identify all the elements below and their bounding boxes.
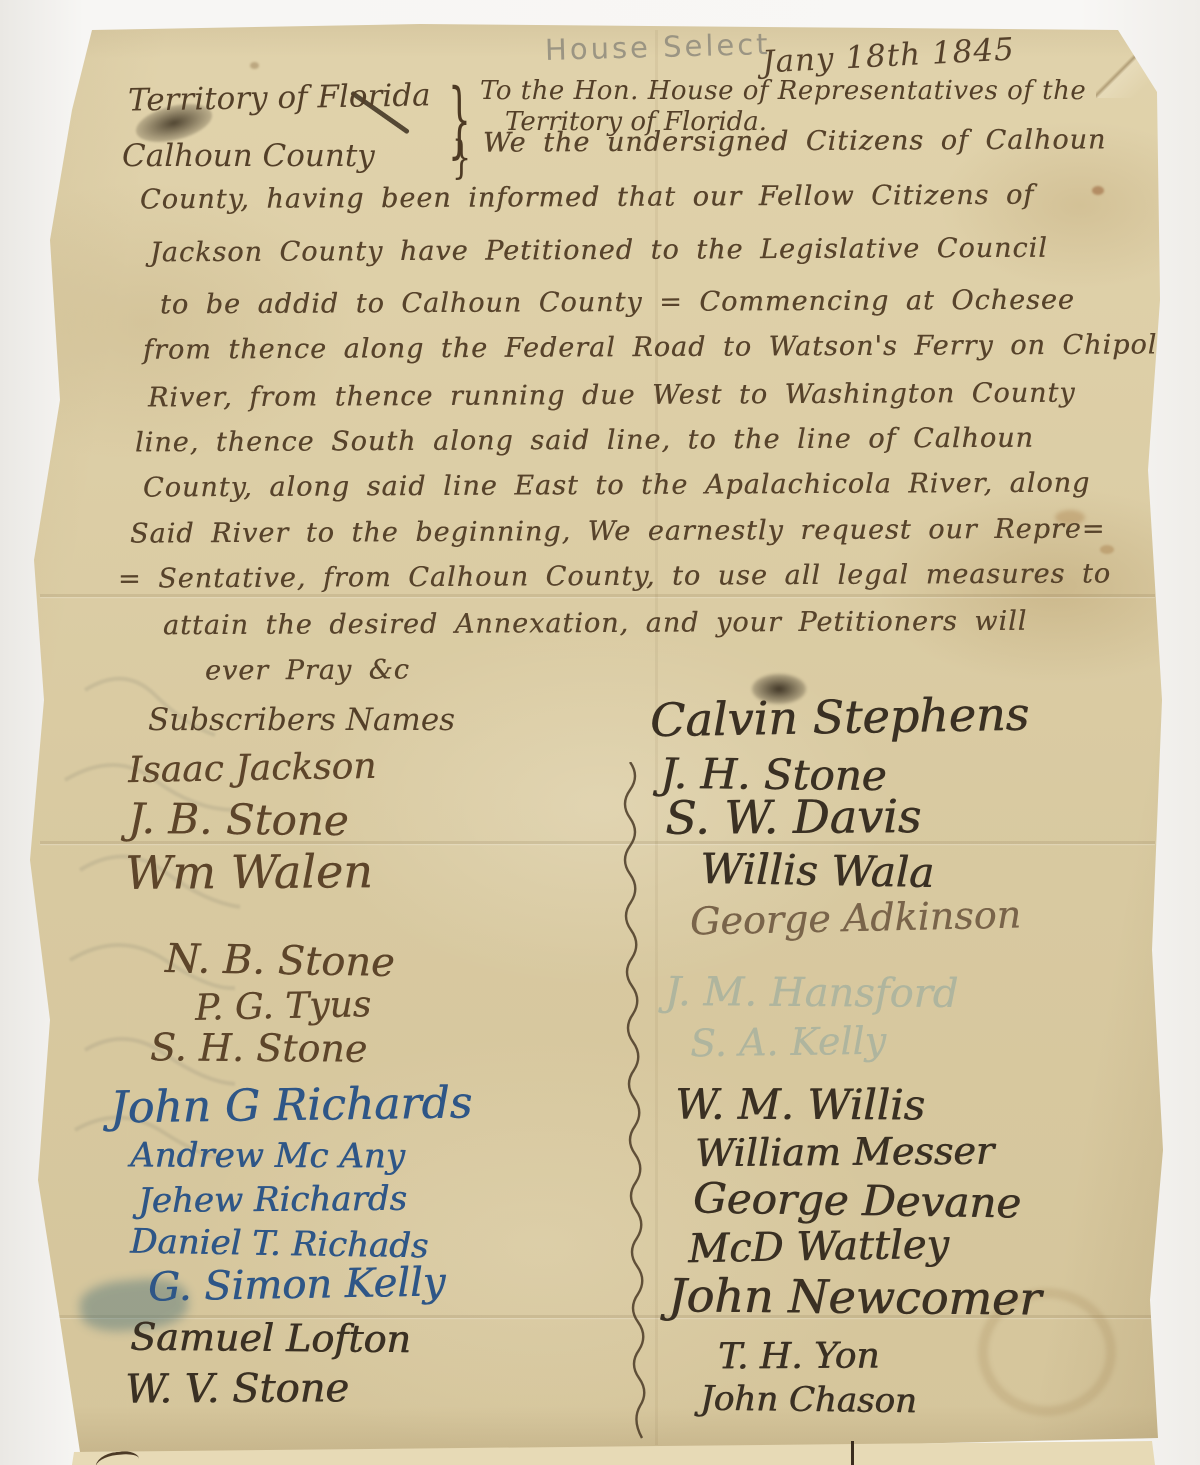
signature-item: W. M. Willis bbox=[675, 1080, 925, 1130]
body-line: from thence along the Federal Road to Wa… bbox=[143, 329, 1175, 365]
fox-spot bbox=[1092, 186, 1104, 195]
signature-item: Calvin Stephens bbox=[650, 687, 1030, 748]
body-line: = Sentative, from Calhoun County, to use… bbox=[118, 558, 1111, 594]
body-line: to be addid to Calhoun County = Commenci… bbox=[160, 285, 1075, 321]
body-line: We the undersigned Citizens of Calhoun bbox=[483, 124, 1106, 158]
signature-item: Wm Walen bbox=[125, 844, 373, 900]
signature-item: Samuel Lofton bbox=[130, 1315, 411, 1361]
body-line: Jackson County have Petitioned to the Le… bbox=[150, 233, 1048, 269]
signature-item: N. B. Stone bbox=[165, 936, 395, 986]
signature-item: S. W. Davis bbox=[665, 789, 922, 845]
signature-item: John G Richards bbox=[110, 1077, 473, 1133]
signature-item: John Newcomer bbox=[668, 1268, 1042, 1325]
body-line: attain the desired Annexation, and your … bbox=[163, 606, 1027, 642]
signature-item: William Messer bbox=[695, 1129, 994, 1176]
signature-item: McD Wattley bbox=[688, 1222, 950, 1273]
body-line: County, having been informed that our Fe… bbox=[140, 180, 1034, 216]
address-line: To the Hon. House of Representatives of … bbox=[480, 76, 1086, 106]
body-line: line, thence South along said line, to t… bbox=[135, 423, 1034, 459]
fold-crease bbox=[40, 594, 1155, 597]
brace-icon: } bbox=[452, 132, 471, 185]
fox-spot bbox=[1100, 545, 1114, 554]
place-name-county: Calhoun County bbox=[122, 138, 375, 174]
scan-background: House Select Jany 18th 1845 Territory of… bbox=[0, 0, 1200, 1465]
signature-item: Jehew Richards bbox=[138, 1179, 407, 1221]
signature-item: John Chason bbox=[700, 1379, 917, 1422]
signature-item: S. A. Kelly bbox=[690, 1019, 887, 1066]
subscribers-heading: Subscribers Names bbox=[148, 702, 455, 738]
body-line: Said River to the beginning, We earnestl… bbox=[130, 513, 1106, 549]
signature-item: J. M. Hansford bbox=[665, 969, 959, 1017]
date-line: Jany 18th 1845 bbox=[761, 31, 1015, 80]
signature-item: George Adkinson bbox=[690, 893, 1022, 944]
signature-item: Andrew Mc Any bbox=[130, 1136, 405, 1177]
signature-item: P. G. Tyus bbox=[195, 984, 372, 1029]
signature-item: S. H. Stone bbox=[150, 1025, 368, 1071]
signature-item: Isaac Jackson bbox=[128, 746, 377, 791]
signature-item: George Devane bbox=[693, 1173, 1022, 1227]
column-divider-squiggle bbox=[590, 762, 670, 1452]
signature-item: W. V. Stone bbox=[125, 1365, 349, 1412]
signature-item: J. B. Stone bbox=[128, 794, 349, 845]
signature-item: T. H. Yon bbox=[718, 1336, 880, 1378]
next-page-writing-fragment bbox=[851, 1441, 854, 1465]
body-line: ever Pray &c bbox=[205, 654, 410, 686]
body-line: River, from thence running due West to W… bbox=[148, 378, 1076, 414]
body-line: County, along said line East to the Apal… bbox=[143, 468, 1090, 504]
corner-fold bbox=[1096, 26, 1166, 98]
signature-item: G. Simon Kelly bbox=[148, 1259, 446, 1310]
signature-item: Willis Wala bbox=[700, 844, 935, 897]
document-page: House Select Jany 18th 1845 Territory of… bbox=[0, 0, 1200, 1465]
